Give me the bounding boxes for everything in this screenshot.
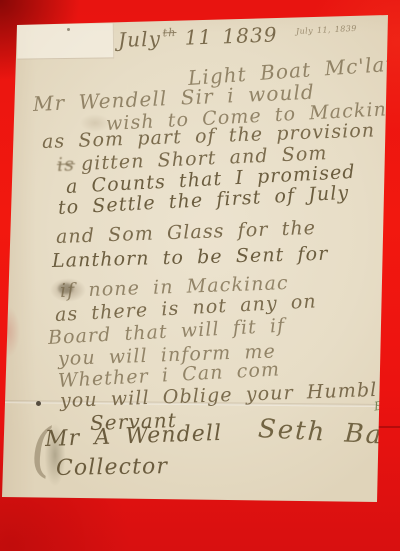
date-line: Julyth111839 — [118, 22, 278, 52]
addressee-title: Collector — [56, 454, 168, 481]
photograph-red-background: Julyth111839 July 11, 1839 Light Boat Mc… — [0, 0, 400, 551]
struck-word: is — [57, 153, 76, 176]
signature-seth-barney: Seth Barney — [257, 414, 400, 454]
paper-hole — [36, 401, 41, 406]
body-line: Lanthorn to be Sent for — [52, 243, 329, 272]
date-month: July — [118, 27, 162, 52]
date-superscript: th — [163, 26, 177, 39]
date-year: 1839 — [222, 22, 278, 48]
ink-speck — [67, 28, 70, 31]
margin-mark: E — [373, 398, 384, 413]
addressee-name: Mr A Wendell — [45, 421, 223, 452]
letter-paper: Julyth111839 July 11, 1839 Light Boat Mc… — [0, 0, 400, 551]
date-day: 11 — [184, 25, 212, 50]
fold-panel-highlight — [17, 23, 114, 59]
archival-date-annotation: July 11, 1839 — [296, 24, 357, 36]
